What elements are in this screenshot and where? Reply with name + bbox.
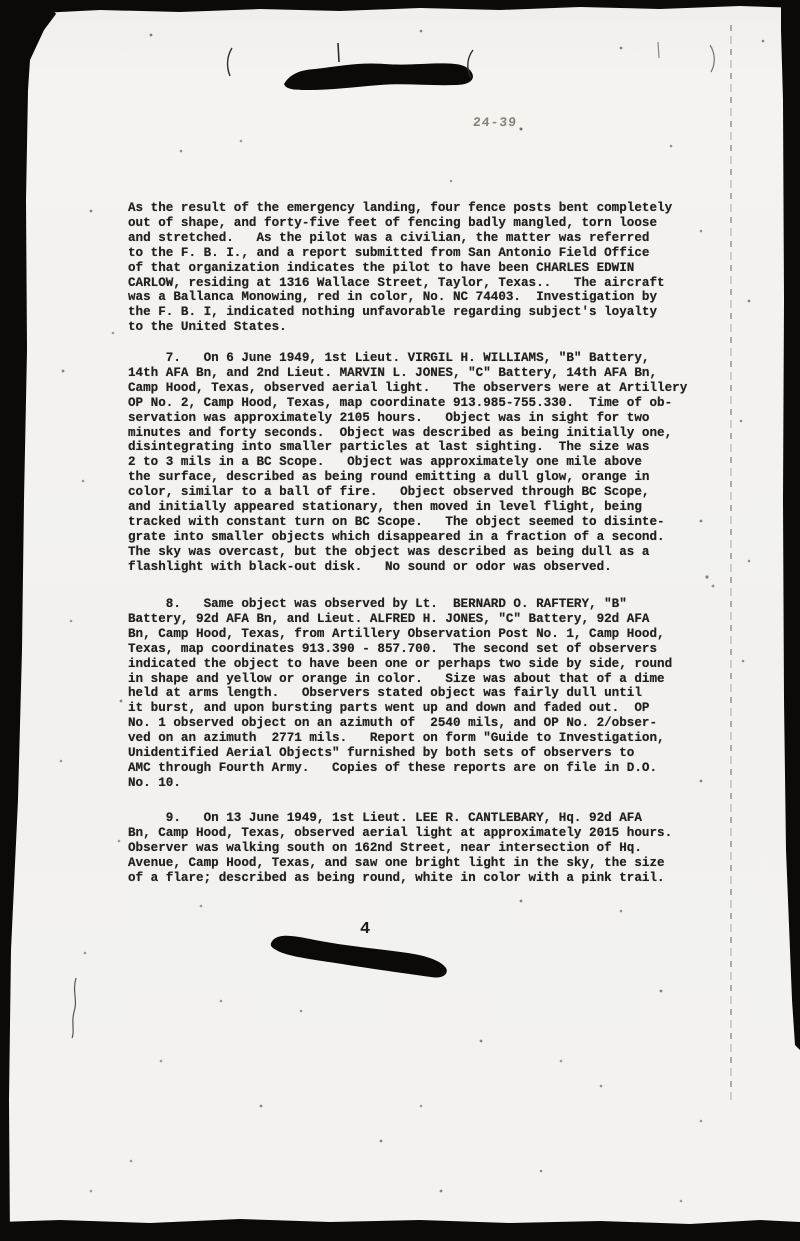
scanned-document-page: 24-39 As the result of the emergency lan… <box>0 0 800 1241</box>
bottom-redaction-stroke <box>271 936 447 978</box>
top-redaction-stroke <box>284 63 473 90</box>
pen-mark-tick-2 <box>658 42 659 58</box>
page-number: 4 <box>360 921 370 939</box>
pen-squiggle-bottom-left <box>72 978 76 1038</box>
scan-noise-speckles <box>0 0 2 2</box>
paragraph-item-7: 7. On 6 June 1949, 1st Lieut. VIRGIL H. … <box>128 351 687 575</box>
pen-mark-left-paren-1 <box>228 48 232 76</box>
scan-edge-right <box>766 0 800 1050</box>
page-reference-number: 24-39 <box>472 115 517 130</box>
scan-edge-top <box>0 0 800 14</box>
scan-edge-left <box>0 0 60 1241</box>
pen-mark-left-paren-2 <box>468 50 473 78</box>
scan-edge-bottom <box>0 1212 800 1241</box>
paragraph-item-8: 8. Same object was observed by Lt. BERNA… <box>128 597 672 791</box>
pen-mark-right-paren <box>710 45 714 72</box>
paragraph-item-9: 9. On 13 June 1949, 1st Lieut. LEE R. CA… <box>128 811 672 886</box>
paper-crease-line <box>730 25 732 1105</box>
pen-mark-tick-1 <box>338 43 339 62</box>
paragraph-continuation: As the result of the emergency landing, … <box>128 201 672 335</box>
